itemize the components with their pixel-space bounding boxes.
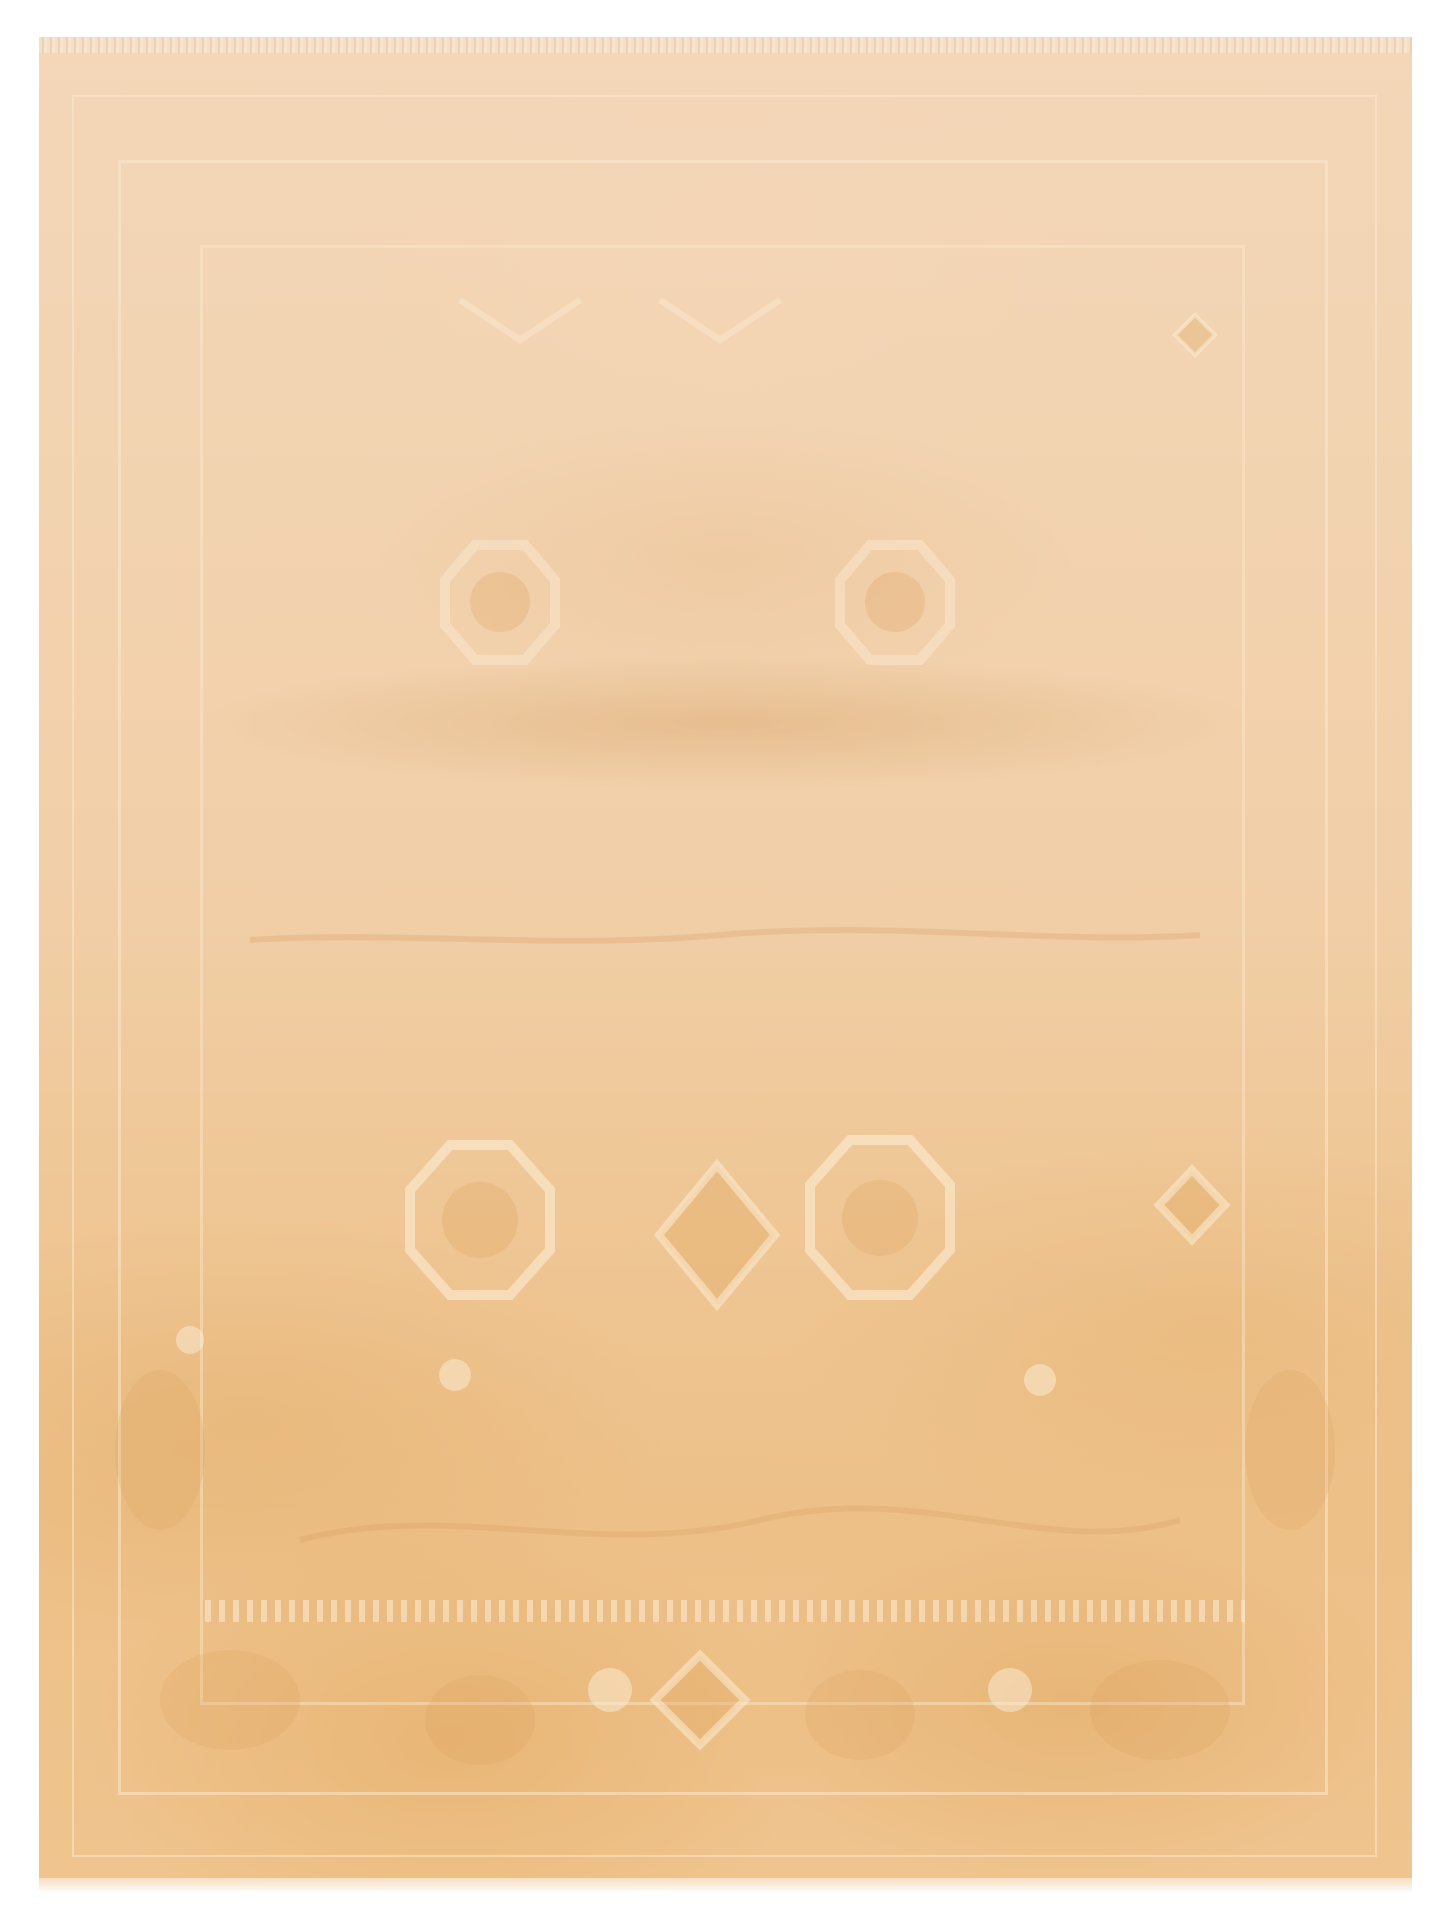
rug-motifs — [0, 0, 1445, 1927]
star-motifs — [176, 1326, 1056, 1712]
field-vines — [250, 300, 1200, 1540]
